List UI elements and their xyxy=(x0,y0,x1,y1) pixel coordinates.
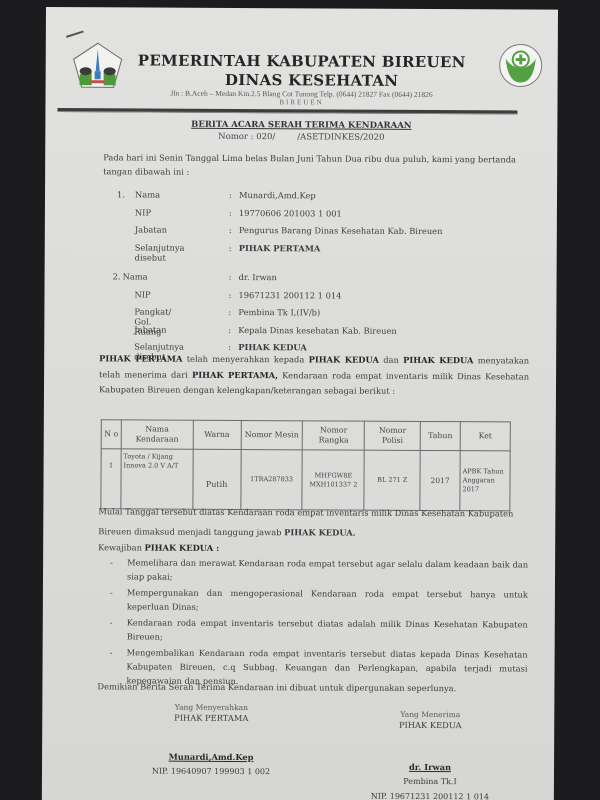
signer-nip: NIP. 19671231 200112 1 014 xyxy=(350,791,510,800)
field-value: dr. Irwan xyxy=(239,272,277,282)
party-one-index: 1. xyxy=(117,189,125,199)
header-note: Ket xyxy=(460,422,510,451)
signer-party: PIHAK PERTAMA xyxy=(136,712,286,724)
header-year: Tahun xyxy=(420,421,460,450)
signer-rank: Pembina Tk.I xyxy=(350,776,510,788)
letterhead-divider xyxy=(57,108,517,114)
colon: : xyxy=(229,190,232,200)
field-value: PIHAK PERTAMA xyxy=(239,243,321,253)
signature-block-right: Yang Menerima PIHAK KEDUA dr. Irwan Pemb… xyxy=(350,709,510,800)
header-plate-no: Nomor Polisi xyxy=(365,421,421,450)
party-two-mention: PIHAK KEDUA xyxy=(309,354,379,364)
party-two-mention: PIHAK KEDUA. xyxy=(284,527,356,537)
signer-nip: NIP. 19640907 199903 1 002 xyxy=(136,765,286,777)
party-two-mention: PIHAK KEDUA : xyxy=(145,543,220,553)
field-value: Munardi,Amd.Kep xyxy=(239,190,316,200)
text-run: telah menyerahkan kepada xyxy=(182,354,308,365)
field-label: Nama xyxy=(123,271,148,281)
cell-engine-no: 1TRA287833 xyxy=(240,450,302,510)
list-item: Memelihara dan merawat Kendaraan roda em… xyxy=(98,555,528,585)
document-title: BERITA ACARA SERAH TERIMA KENDARAAN xyxy=(45,119,557,132)
document-number-prefix: Nomor : 020/ xyxy=(218,132,275,142)
cell-vehicle: Toyota / Kijang Innova 2.0 V A/T xyxy=(121,449,193,509)
cell-note: APBK Tahun Anggaran 2017 xyxy=(460,451,510,511)
colon: : xyxy=(228,324,231,334)
signer-party: PIHAK KEDUA xyxy=(350,720,510,732)
field-label: Jabatan xyxy=(134,324,166,334)
colon: : xyxy=(229,242,232,252)
field-value: PIHAK KEDUA xyxy=(238,342,307,352)
responsibility-paragraph: Mulai Tanggal tersebut diatas Kendaraan … xyxy=(98,501,528,543)
signer-role: Yang Menerima xyxy=(350,709,510,721)
party-one-mention: PIHAK PERTAMA xyxy=(99,353,182,363)
inventory-table: N o Nama Kendaraan Warna Nomor Mesin Nom… xyxy=(100,419,510,511)
header-vehicle: Nama Kendaraan xyxy=(121,420,193,449)
cell-chassis-no: MHFGW8E MXH101337 2 xyxy=(302,450,364,510)
party-one-mention: PIHAK PERTAMA, xyxy=(192,369,278,379)
letterhead-government: PEMERINTAH KABUPATEN BIREUEN xyxy=(46,51,558,72)
field-label: NIP xyxy=(134,289,150,299)
colon: : xyxy=(229,207,232,217)
document-number-suffix: /ASETDINKES/2020 xyxy=(297,132,384,142)
duties-list: Memelihara dan merawat Kendaraan roda em… xyxy=(97,555,528,691)
header-no: N o xyxy=(101,420,121,449)
letterhead-city: BIREUEN xyxy=(45,97,557,108)
colon: : xyxy=(228,307,231,317)
text-run: Kewajiban xyxy=(98,542,144,552)
pen-mark xyxy=(66,30,84,37)
duties-title: Kewajiban PIHAK KEDUA : xyxy=(98,542,219,553)
signer-role: Yang Menyerahkan xyxy=(136,701,286,713)
cell-color: Putih xyxy=(193,449,241,509)
signature-block-left: Yang Menyerahkan PIHAK PERTAMA Munardi,A… xyxy=(136,701,286,777)
list-item: Kendaraan roda empat inventaris tersebut… xyxy=(98,615,528,645)
colon: : xyxy=(229,225,232,235)
document-page: PEMERINTAH KABUPATEN BIREUEN DINAS KESEH… xyxy=(42,7,558,800)
document-number: Nomor : 020//ASETDINKES/2020 xyxy=(45,131,557,144)
intro-paragraph: Pada hari ini Senin Tanggal Lima belas B… xyxy=(103,150,528,180)
colon: : xyxy=(228,289,231,299)
cell-plate-no: BL 271 Z xyxy=(364,450,420,510)
header-color: Warna xyxy=(193,420,241,449)
field-value: 19770606 201003 1 001 xyxy=(239,208,342,219)
handover-paragraph: PIHAK PERTAMA telah menyerahkan kepada P… xyxy=(99,351,529,400)
field-value: 19671231 200112 1 014 xyxy=(238,290,341,301)
signer-name: Munardi,Amd.Kep xyxy=(136,751,286,763)
table-header-row: N o Nama Kendaraan Warna Nomor Mesin Nom… xyxy=(101,420,510,451)
signer-name: dr. Irwan xyxy=(350,762,510,774)
field-label: NIP xyxy=(135,207,151,217)
party-two-mention: PIHAK KEDUA xyxy=(403,355,473,365)
cell-no: 1 xyxy=(101,449,121,509)
header-chassis-no: Nomor Rangka xyxy=(303,421,365,450)
field-value: Kepala Dinas kesehatan Kab. Bireuen xyxy=(238,325,397,336)
closing-statement: Demikian Berita Serah Terima Kendaraan i… xyxy=(97,679,537,695)
header-engine-no: Nomor Mesin xyxy=(241,421,303,450)
party-two-index: 2. xyxy=(113,271,121,281)
field-label: Jabatan xyxy=(135,224,167,234)
colon: : xyxy=(228,342,231,352)
field-value: Pengurus Barang Dinas Kesehatan Kab. Bir… xyxy=(239,225,443,236)
list-item: Mempergunakan dan mengoperasional Kendar… xyxy=(98,585,528,615)
colon: : xyxy=(229,272,232,282)
field-label: Selanjutnya disebut xyxy=(135,242,185,262)
cell-year: 2017 xyxy=(420,450,460,510)
text-run: dan xyxy=(379,355,403,365)
field-label: Nama xyxy=(135,189,160,199)
field-value: Pembina Tk I,(IV/b) xyxy=(238,307,320,317)
